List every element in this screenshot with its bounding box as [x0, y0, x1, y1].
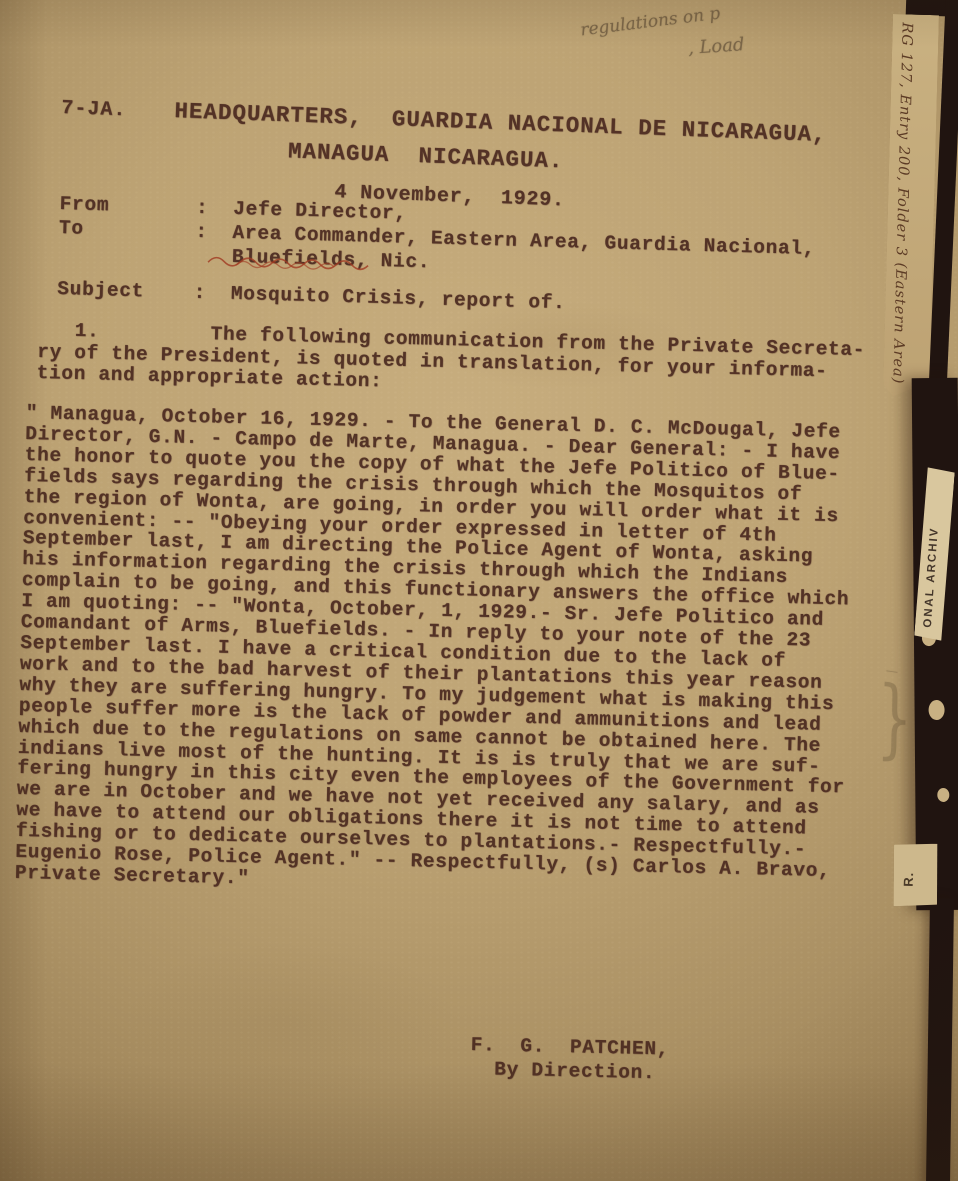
scanned-document-photo: 7-JA. HEADQUARTERS, GUARDIA NACIONAL DE … [0, 0, 958, 1181]
dark-backing-lower-band [926, 898, 954, 1181]
dark-backing-band [912, 378, 958, 910]
national-archives-sticker-text: ONAL ARCHIV [922, 526, 941, 628]
paper-notch [937, 788, 949, 802]
quoted-communication: " Managua, October 16, 1929. - To the Ge… [15, 403, 936, 905]
signature-title: By Direction. [494, 1059, 656, 1085]
location-line: MANAGUA NICARAGUA. [288, 138, 564, 174]
pencil-note-line1: regulations on p [579, 4, 721, 41]
bottom-label-text: R. [901, 871, 917, 887]
archive-reference-text: RG 127, Entry 200, Folder 3 (Eastern Are… [889, 22, 914, 384]
signature-block: F. G. PATCHEN, By Direction. [470, 1034, 771, 1101]
pencil-note-line2: , Load [687, 34, 745, 59]
pencil-margin-brace: } [876, 668, 914, 770]
signature-name: F. G. PATCHEN, [471, 1034, 670, 1060]
reference-code: 7-JA. [61, 97, 127, 122]
pencil-note: regulations on p , Load [580, 8, 840, 78]
bottom-label-tab: R. [892, 842, 939, 908]
paper-notch [928, 700, 944, 720]
